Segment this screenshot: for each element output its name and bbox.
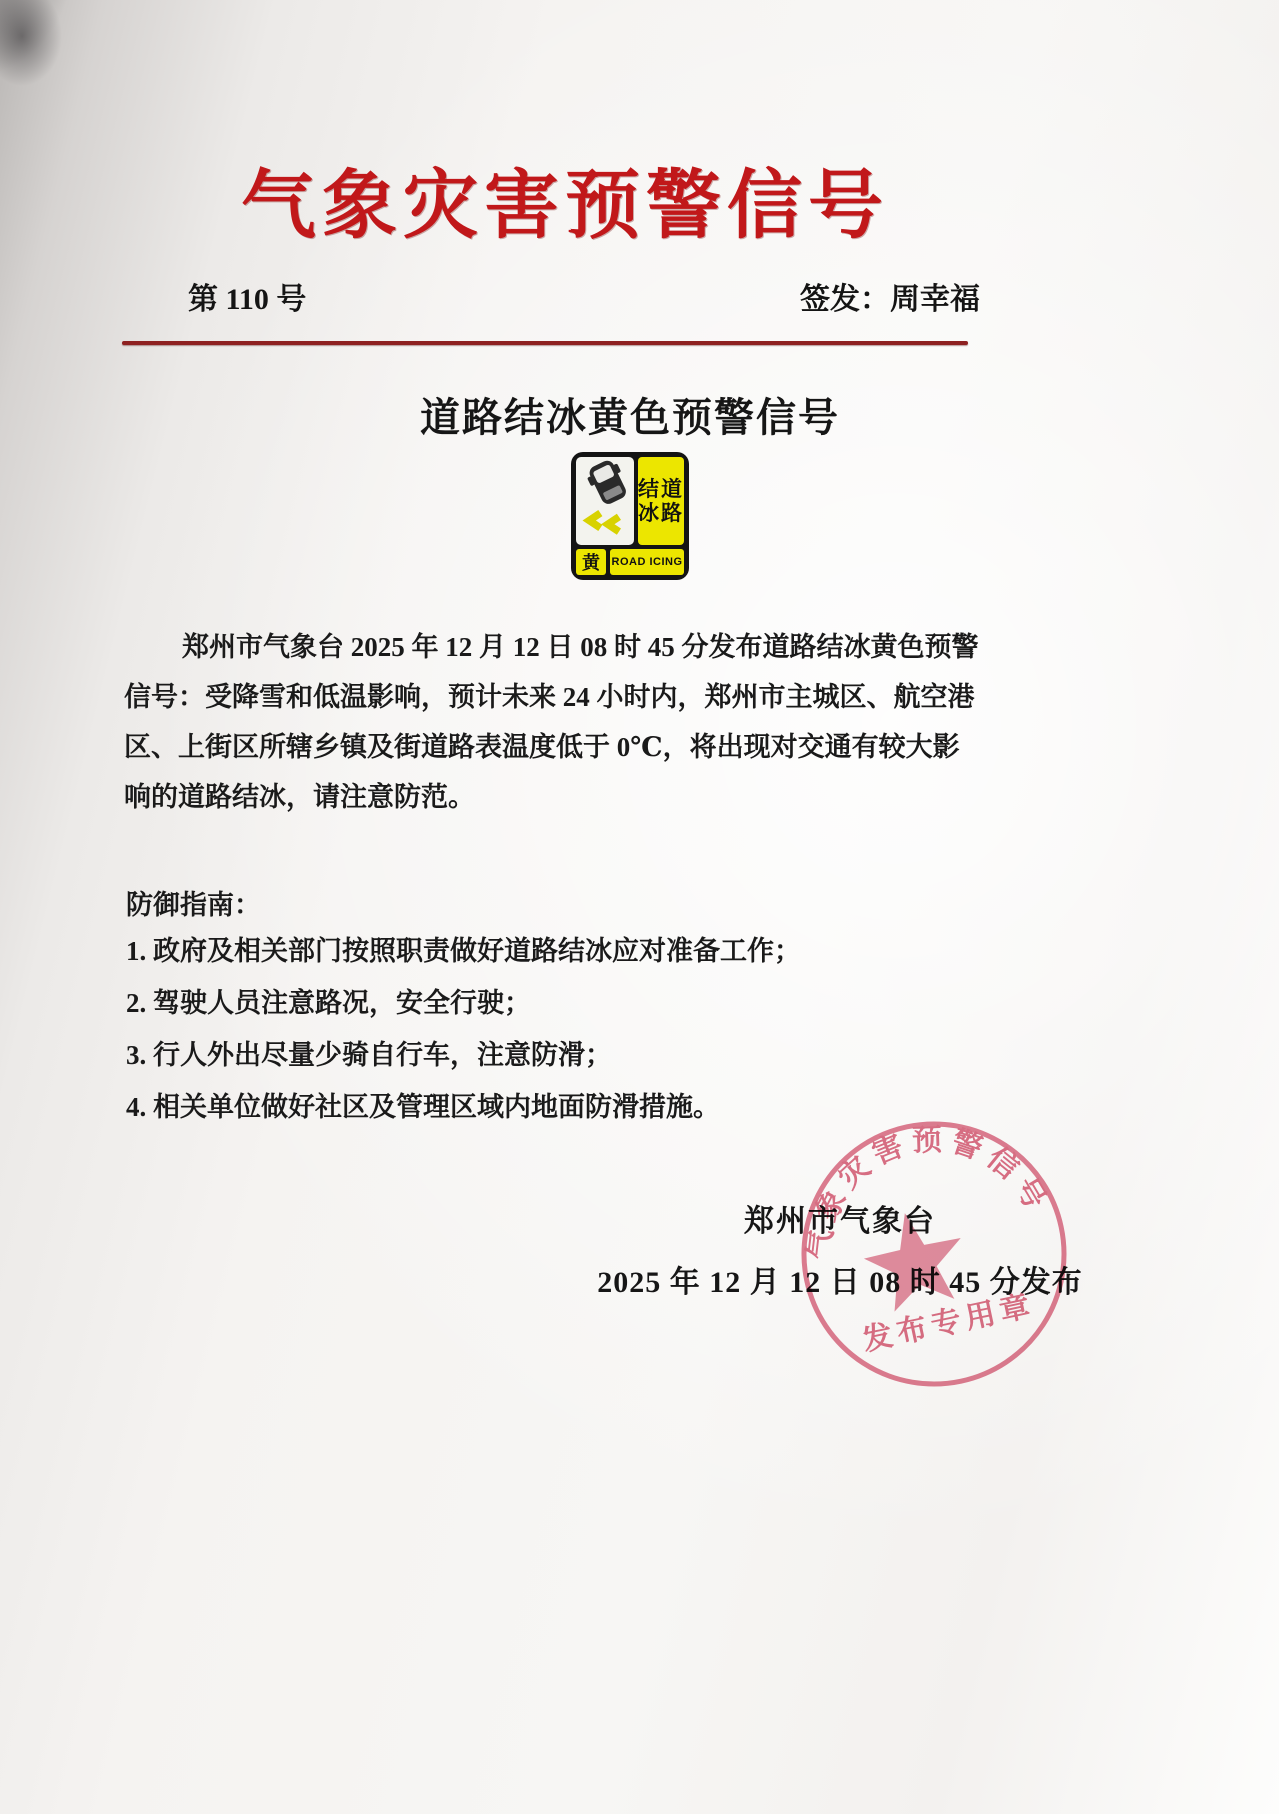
body-line: 区、上街区所辖乡镇及街道路表温度低于 0℃，将出现对交通有较大影	[124, 722, 970, 772]
body-line: 信号：受降雪和低温影响，预计未来 24 小时内，郑州市主城区、航空港	[124, 672, 970, 722]
header-divider-rule	[122, 341, 968, 345]
body-line: 郑州市气象台 2025 年 12 月 12 日 08 时 45 分发布道路结冰黄…	[124, 622, 970, 672]
guide-item: 2. 驾驶人员注意路况，安全行驶；	[126, 977, 972, 1029]
defense-guide-heading: 防御指南：	[126, 883, 261, 922]
road-icing-warning-icon: 结道 冰路 黄 ROAD ICING	[571, 452, 689, 580]
document-number: 第 110 号	[188, 274, 306, 318]
warning-signal-subtitle: 道路结冰黄色预警信号	[130, 386, 1130, 443]
guide-item: 1. 政府及相关部门按照职责做好道路结冰应对准备工作；	[126, 925, 972, 977]
defense-guide-list: 1. 政府及相关部门按照职责做好道路结冰应对准备工作； 2. 驾驶人员注意路况，…	[126, 925, 972, 1133]
issuer-signature: 签发：周幸福	[800, 274, 980, 318]
guide-item: 4. 相关单位做好社区及管理区域内地面防滑措施。	[126, 1081, 972, 1133]
warning-icon-char-row: 结道	[638, 477, 684, 501]
document-meta-row: 第 110 号 签发：周幸福	[188, 274, 980, 318]
signature-block: 郑州市气象台 2025 年 12 月 12 日 08 时 45 分发布	[560, 1196, 1120, 1301]
skidding-car-icon	[576, 457, 634, 545]
document-title: 气象灾害预警信号	[65, 146, 1065, 253]
issue-datetime: 2025 年 12 月 12 日 08 时 45 分发布	[560, 1257, 1120, 1301]
warning-icon-caption: ROAD ICING	[610, 549, 684, 575]
issuing-organization: 郑州市气象台	[560, 1196, 1120, 1240]
warning-icon-bottom-row: 黄 ROAD ICING	[576, 549, 684, 575]
warning-icon-top-row: 结道 冰路	[576, 457, 684, 545]
scanned-warning-document: 气象灾害预警信号 第 110 号 签发：周幸福 道路结冰黄色预警信号	[0, 0, 1279, 1814]
body-line: 响的道路结冰，请注意防范。	[124, 772, 970, 822]
scan-corner-smudge	[0, 0, 62, 86]
warning-icon-char-row: 冰路	[638, 501, 684, 525]
skidding-car-graphic	[579, 460, 631, 542]
warning-level-badge: 黄	[576, 549, 606, 575]
warning-icon-characters: 结道 冰路	[638, 457, 684, 545]
guide-item: 3. 行人外出尽量少骑自行车，注意防滑；	[126, 1029, 972, 1081]
warning-body-paragraph: 郑州市气象台 2025 年 12 月 12 日 08 时 45 分发布道路结冰黄…	[124, 622, 970, 822]
